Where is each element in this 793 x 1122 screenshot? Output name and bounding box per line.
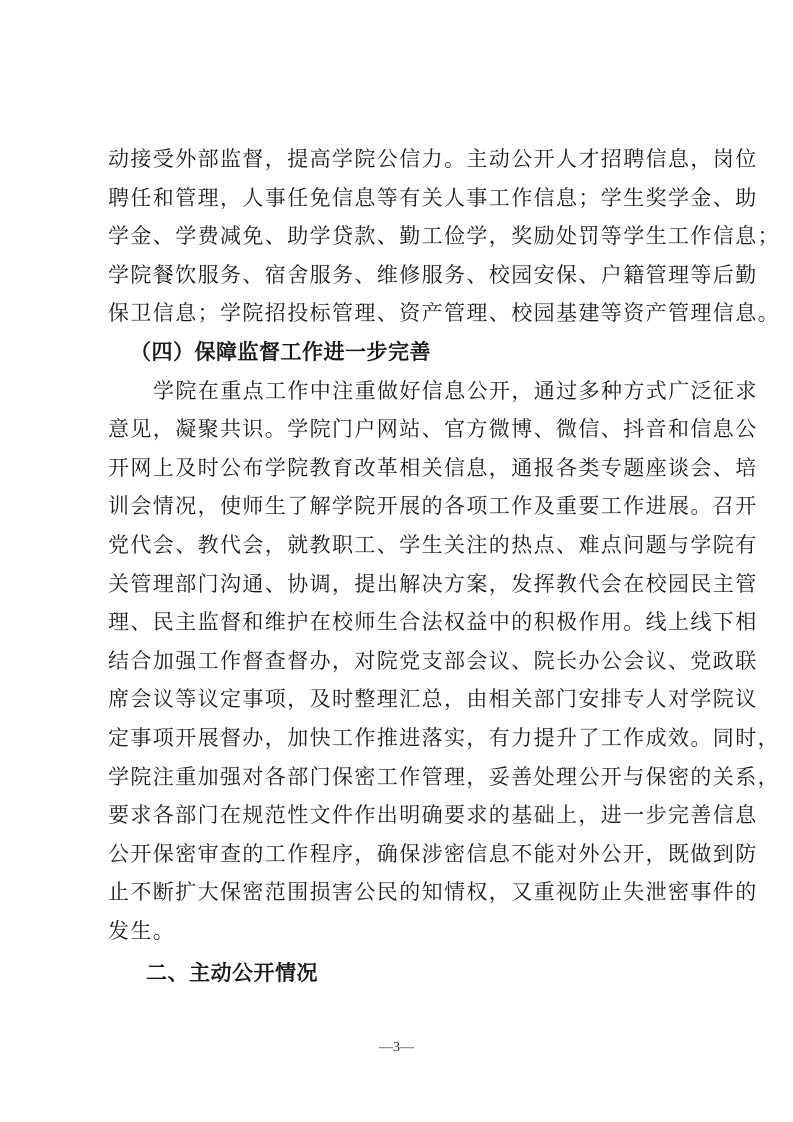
paragraph-line: 动接受外部监督，提高学院公信力。主动公开人才招聘信息，岗位: [108, 140, 696, 179]
paragraph-line: 关管理部门沟通、协调，提出解决方案，发挥教代会在校园民主管: [108, 565, 696, 604]
paragraph-line: 公开保密审查的工作程序，确保涉密信息不能对外公开，既做到防: [108, 835, 696, 874]
paragraph-line: 发生。: [108, 912, 696, 951]
paragraph-line: 理、民主监督和维护在校师生合法权益中的积极作用。线上线下相: [108, 603, 696, 642]
paragraph-line: 席会议等议定事项，及时整理汇总，由相关部门安排专人对学院议: [108, 680, 696, 719]
paragraph-line: 开网上及时公布学院教育改革相关信息，通报各类专题座谈会、培: [108, 449, 696, 488]
paragraph-line: 意见，凝聚共识。学院门户网站、官方微博、微信、抖音和信息公: [108, 410, 696, 449]
chapter-heading: 二、主动公开情况: [108, 954, 696, 993]
paragraph-line: 训会情况，使师生了解学院开展的各项工作及重要工作进展。召开: [108, 487, 696, 526]
paragraph-line: 学金、学费减免、助学贷款、勤工俭学，奖励处罚等学生工作信息；: [108, 217, 696, 256]
paragraph-line: 聘任和管理，人事任免信息等有关人事工作信息；学生奖学金、助: [108, 179, 696, 218]
paragraph-line: 党代会、教代会，就教职工、学生关注的热点、难点问题与学院有: [108, 526, 696, 565]
paragraph-line: 学院在重点工作中注重做好信息公开，通过多种方式广泛征求: [108, 372, 696, 411]
paragraph-line: 结合加强工作督查督办，对院党支部会议、院长办公会议、党政联: [108, 642, 696, 681]
page-number: —3—: [0, 1040, 793, 1056]
section-heading: （四）保障监督工作进一步完善: [108, 333, 696, 372]
paragraph-line: 定事项开展督办，加快工作推进落实，有力提升了工作成效。同时，: [108, 719, 696, 758]
paragraph-line: 学院注重加强对各部门保密工作管理，妥善处理公开与保密的关系，: [108, 758, 696, 797]
paragraph-line: 止不断扩大保密范围损害公民的知情权，又重视防止失泄密事件的: [108, 873, 696, 912]
paragraph-line: 学院餐饮服务、宿舍服务、维修服务、校园安保、户籍管理等后勤: [108, 256, 696, 295]
paragraph-line: 要求各部门在规范性文件作出明确要求的基础上，进一步完善信息: [108, 796, 696, 835]
paragraph-line: 保卫信息；学院招投标管理、资产管理、校园基建等资产管理信息。: [108, 294, 696, 333]
document-page: 动接受外部监督，提高学院公信力。主动公开人才招聘信息，岗位 聘任和管理，人事任免…: [108, 140, 696, 993]
